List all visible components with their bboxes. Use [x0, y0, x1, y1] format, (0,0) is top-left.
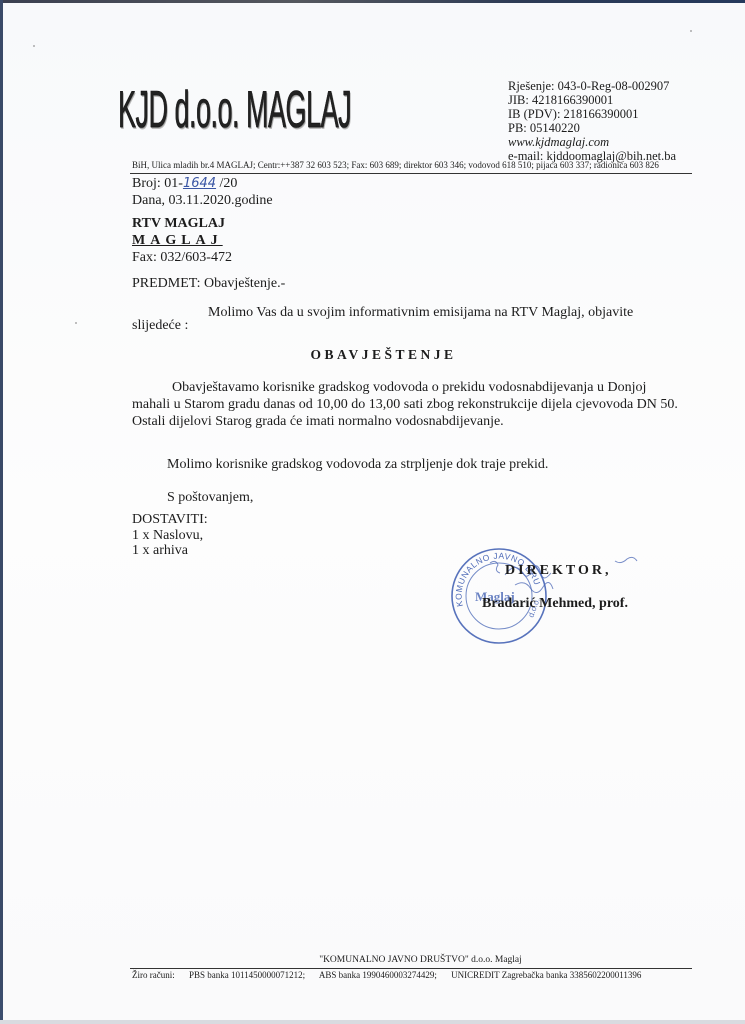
- scan-speck: [690, 30, 692, 32]
- notice-heading: OBAVJEŠTENJE: [0, 347, 745, 363]
- footer-divider: [130, 968, 692, 969]
- reference-suffix: /20: [216, 176, 237, 191]
- intro-line-1: Molimo Vas da u svojim informativnim emi…: [208, 305, 633, 321]
- document-date: Dana, 03.11.2020.godine: [132, 192, 273, 209]
- notice-line: Ostali dijelovi Starog grada će imati no…: [132, 413, 692, 430]
- jib-number: JIB: 4218166390001: [508, 93, 676, 107]
- scan-speck: [33, 45, 35, 47]
- bank-account: UNICREDIT Zagrebačka banka 3385602200011…: [451, 970, 641, 980]
- delivery-block: DOSTAVITI: 1 x Naslovu, 1 x arhiva: [132, 512, 208, 559]
- ib-pdv-number: IB (PDV): 218166390001: [508, 107, 676, 121]
- notice-heading-text: OBAVJEŠTENJE: [310, 347, 456, 362]
- header-divider: [130, 173, 692, 174]
- footer-company: "KOMUNALNO JAVNO DRUŠTVO" d.o.o. Maglaj: [0, 955, 745, 965]
- delivery-item: 1 x arhiva: [132, 543, 208, 559]
- reference-prefix: Broj: 01-: [132, 176, 183, 191]
- delivery-label: DOSTAVITI:: [132, 512, 208, 528]
- closing-regards: S poštovanjem,: [167, 490, 253, 506]
- bank-account: PBS banka 1011450000071212;: [189, 970, 305, 980]
- delivery-item: 1 x Naslovu,: [132, 528, 208, 544]
- company-logo: KJD d.o.o. MAGLAJ: [118, 80, 351, 140]
- pb-number: PB: 05140220: [508, 121, 676, 135]
- notice-line: mahali u Starom gradu danas od 10,00 do …: [132, 396, 692, 413]
- notice-line: Obavještavamo korisnike gradskog vodovod…: [132, 379, 692, 396]
- notice-paragraph-1: Obavještavamo korisnike gradskog vodovod…: [132, 379, 692, 430]
- footer-bank-accounts: Žiro računi: PBS banka 1011450000071212;…: [132, 970, 653, 980]
- reference-block: Broj: 01-1644 /20 Dana, 03.11.2020.godin…: [132, 175, 273, 209]
- recipient-city: MAGLAJ: [132, 232, 232, 249]
- registration-number: Rješenje: 043-0-Reg-08-002907: [508, 79, 676, 93]
- recipient-block: RTV MAGLAJ MAGLAJ Fax: 032/603-472: [132, 215, 232, 266]
- reference-number: Broj: 01-1644 /20: [132, 175, 273, 192]
- notice-paragraph-2: Molimo korisnike gradskog vodovoda za st…: [167, 457, 548, 473]
- scan-speck: [75, 322, 77, 324]
- intro-line-2: slijedeće :: [132, 318, 188, 334]
- registration-block: Rješenje: 043-0-Reg-08-002907 JIB: 42181…: [508, 79, 676, 163]
- recipient-fax: Fax: 032/603-472: [132, 249, 232, 266]
- contact-line: BiH, Ulica mladih br.4 MAGLAJ; Centr:++3…: [132, 160, 659, 170]
- reference-handwritten: 1644: [183, 176, 216, 191]
- website-link[interactable]: www.kjdmaglaj.com: [508, 135, 676, 149]
- accounts-label: Žiro računi:: [132, 970, 175, 980]
- scan-edge-bottom: [0, 1020, 745, 1024]
- footer-company-text: "KOMUNALNO JAVNO DRUŠTVO" d.o.o. Maglaj: [319, 955, 522, 965]
- recipient-name: RTV MAGLAJ: [132, 215, 232, 232]
- bank-account: ABS banka 1990460003274429;: [319, 970, 437, 980]
- director-title: DIREKTOR,: [505, 563, 611, 579]
- director-name: Bradarić Mehmed, prof.: [482, 596, 628, 612]
- subject-line: PREDMET: Obavještenje.-: [132, 276, 285, 292]
